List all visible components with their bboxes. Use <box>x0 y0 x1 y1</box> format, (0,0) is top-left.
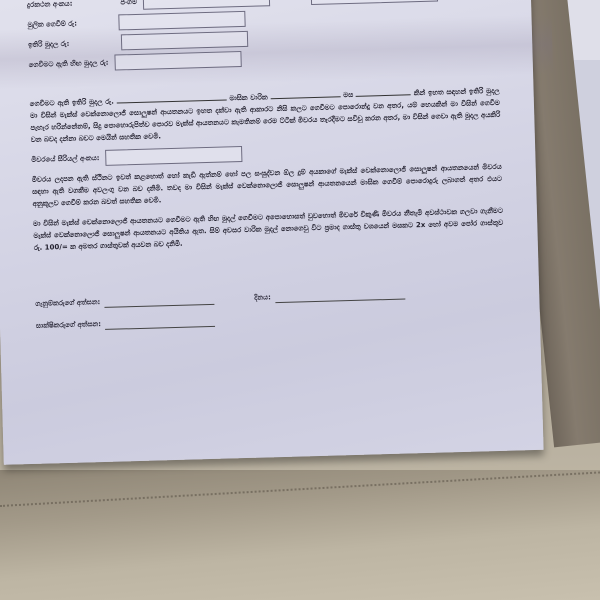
witness-signature-line[interactable] <box>105 325 215 330</box>
balance-blank[interactable] <box>117 91 227 103</box>
witness-signature-row: සාක්ෂිකරුගේ අත්සන: <box>36 305 506 332</box>
mobile-label: ජංගම <box>120 0 137 8</box>
date-label: දිනය: <box>254 291 271 303</box>
months-label: මස <box>343 91 353 99</box>
default-terms-paragraph: මා විසින් මැක්ස් වෙක්නොලොජි ආයතනයට ගෙවීම… <box>33 205 504 254</box>
paper-form: දුරකථන අංකය: ජංගම ස්ථාවර මුලික ගෙවීම් රු… <box>0 0 544 465</box>
customer-signature-line[interactable] <box>104 303 214 308</box>
form-content: දුරකථන අංකය: ජංගම ස්ථාවර මුලික ගෙවීම් රු… <box>27 0 506 332</box>
months-blank[interactable] <box>356 86 411 97</box>
balance-label: ඉතිරි මුදල රු: <box>28 38 70 51</box>
initial-payment-label: මුලික ගෙවීම් රු: <box>27 18 77 31</box>
warranty-paragraph: මිවරය ලදපන ඇති ස්ථිනට ඉවත් කළහොත් හෝ කැඩ… <box>32 161 503 210</box>
installment-lead: ගෙවීමට ඇති ඉතිරි මුදල රු. <box>30 98 114 108</box>
witness-signature-label: සාක්ෂිකරුගේ අත්සන: <box>36 318 101 332</box>
serial-field[interactable] <box>105 146 242 166</box>
due-amount-label: ගෙවීමට ඇති හිඟ මුදල රු: <box>28 57 108 71</box>
customer-signature-label: ගැනුම්කරුගේ අත්සන: <box>35 296 100 310</box>
initial-payment-field[interactable] <box>119 11 246 31</box>
monthly-installment-label: මාසික වාරික <box>229 93 267 102</box>
due-amount-field[interactable] <box>114 51 241 71</box>
date-line[interactable] <box>275 298 405 304</box>
landline-label: ස්ථාවර <box>284 0 306 4</box>
phone-label: දුරකථන අංකය: <box>27 0 73 11</box>
installment-blank[interactable] <box>270 88 340 99</box>
serial-label: මිවරයේ සීරියල් අංකය: <box>31 152 100 166</box>
balance-field[interactable] <box>121 31 248 51</box>
installment-paragraph: ගෙවීමට ඇති ඉතිරි මුදල රු. මාසික වාරික මස… <box>30 84 501 146</box>
